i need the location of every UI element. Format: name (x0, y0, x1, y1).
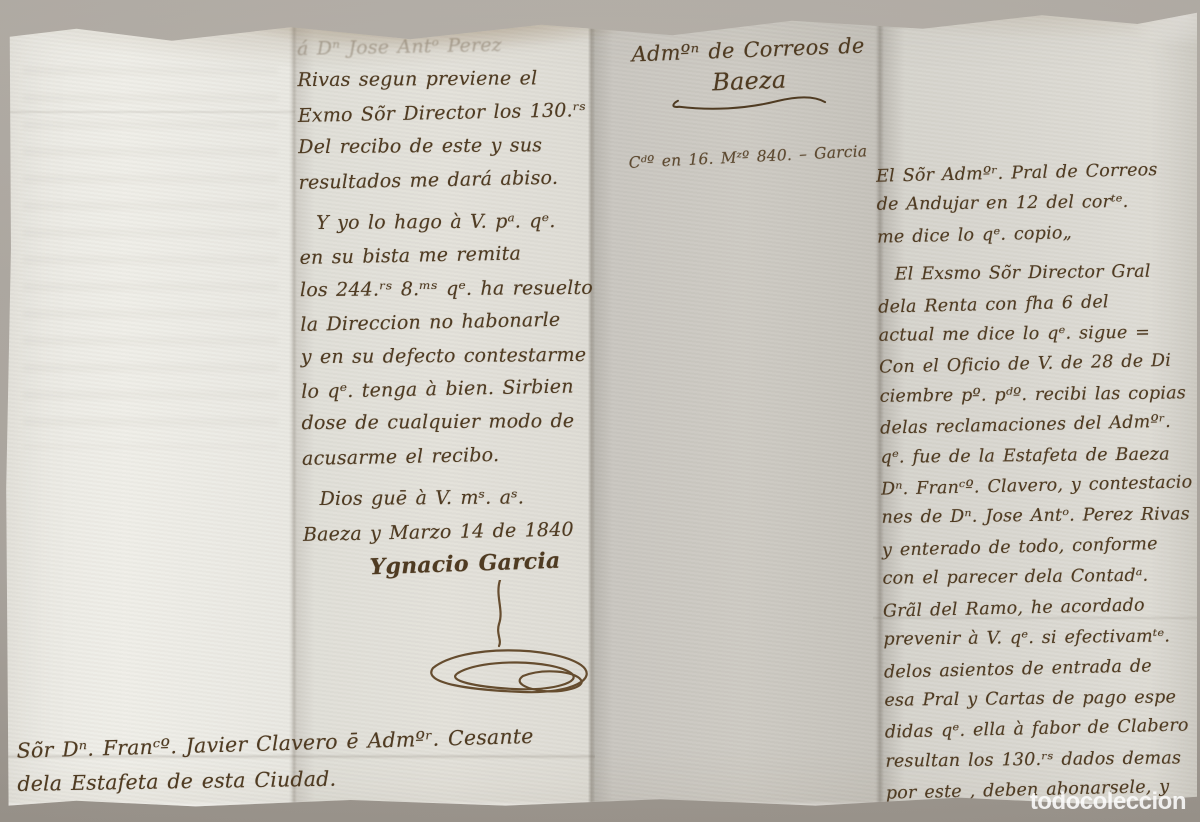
manuscript-line: lo qᵉ. tenga à bien. Sirbien (301, 370, 594, 409)
manuscript-line: Rivas segun previene el (297, 62, 589, 98)
manuscript-line: con el parecer dela Contadᵃ. (882, 561, 1192, 595)
manuscript-letter-sheet: á Dⁿ Jose Antᵒ PerezRivas segun previene… (5, 8, 1197, 808)
addressee-line: dela Estafeta de esta Ciudad. (17, 758, 488, 802)
manuscript-line: Baeza y Marzo 14 de 1840 (303, 513, 596, 552)
manuscript-line: Del recibo de este y sus (298, 129, 590, 165)
manuscript-line: Exmo Sõr Director los 130.ʳˢ (298, 94, 591, 133)
manuscript-line: á Dⁿ Jose Antᵒ Perez (297, 27, 590, 66)
manuscript-line: los 244.ʳˢ 8.ᵐˢ qᵉ. ha resuelto (300, 272, 592, 308)
signature: Ygnacio Garcia (335, 546, 596, 581)
manuscript-line: la Direccion no habonarle (300, 303, 593, 342)
manuscript-line: acusarme el recibo. (302, 437, 595, 476)
manuscript-line: Dios guē à V. mˢ. aˢ. (302, 481, 594, 517)
document-photo: á Dⁿ Jose Antᵒ PerezRivas segun previene… (0, 0, 1200, 822)
letter-continuation-column: á Dⁿ Jose Antᵒ PerezRivas segun previene… (297, 28, 595, 551)
office-heading-line2: Baeza (603, 61, 896, 100)
vertical-fold-crease (291, 8, 297, 808)
addressee-block: Sõr Dⁿ. Franᶜº. Javier Clavero ē Admºʳ. … (16, 721, 487, 803)
signature-rubric-flourish (403, 580, 603, 700)
manuscript-line: y en su defecto contestarme (301, 339, 593, 375)
manuscript-line: en su bista me remita (299, 237, 592, 276)
manuscript-line: Y yo lo hago à V. pᵃ. qᵉ. (299, 205, 591, 241)
todocoleccion-watermark: todocoleccion (1030, 788, 1186, 816)
horizontal-fold-crease (5, 110, 295, 114)
manuscript-line: me dice lo qᵉ. copio„ (877, 215, 1188, 253)
ink-bleedthrough-area (23, 48, 278, 448)
manuscript-line: El Exsmo Sõr Director Gral (878, 256, 1188, 290)
manuscript-line: delas reclamaciones del Admºʳ. (880, 407, 1191, 445)
manuscript-line: resultados me dará abiso. (298, 161, 591, 200)
manuscript-line: prevenir à V. qᵉ. si efectivamᵗᵉ. (883, 621, 1193, 655)
letter-body-column: El Sõr Admºʳ. Pral de Correosde Andujar … (876, 156, 1196, 808)
office-heading: Admºⁿ de Correos de Baeza (602, 32, 897, 116)
manuscript-line: didas qᵉ. ella à fabor de Clabero (885, 711, 1196, 749)
received-annotation: Cᵈº en 16. Mᶻº 840. – Garcia (605, 141, 892, 173)
manuscript-line: dose de cualquier modo de (302, 405, 594, 441)
